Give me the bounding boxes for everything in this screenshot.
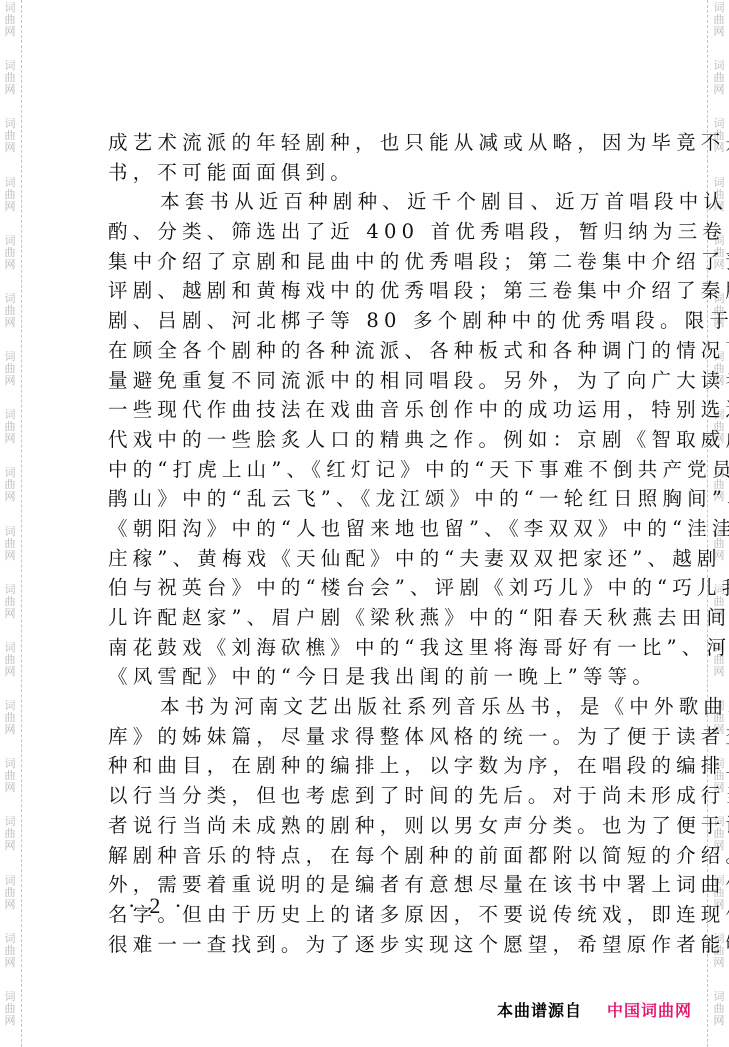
watermark-group: 词曲网	[5, 931, 16, 989]
watermark-char: 词	[714, 177, 725, 189]
watermark-char: 词	[5, 875, 16, 887]
watermark-char: 网	[5, 375, 16, 387]
watermark-group: 词曲网	[5, 756, 16, 814]
text-line: 代戏中的一些脍炙人口的精典之作。例如：京剧《智取威虎山》	[108, 425, 618, 455]
watermark-group: 词曲网	[5, 814, 16, 872]
page-number: ·2·	[128, 893, 196, 919]
watermark-group: 词曲网	[5, 349, 16, 407]
watermark-char: 词	[5, 235, 16, 247]
watermark-char: 曲	[5, 596, 16, 608]
text-line: 中的“打虎上山”、《红灯记》中的“天下事难不倒共产党员”，《杜	[108, 455, 618, 485]
watermark-group: 词曲网	[5, 465, 16, 523]
watermark-char: 网	[5, 550, 16, 562]
watermark-group: 词曲网	[5, 116, 16, 174]
text-line: 成艺术流派的年轻剧种，也只能从减或从略，因为毕竟不是志	[108, 128, 618, 158]
watermark-char: 网	[5, 84, 16, 96]
watermark-char: 网	[5, 899, 16, 911]
watermark-char: 网	[5, 724, 16, 736]
watermark-char: 网	[714, 666, 725, 678]
text-line: 庄稼”、黄梅戏《天仙配》中的“夫妻双双把家还”、越剧《梁山	[108, 544, 618, 574]
watermark-group: 词曲网	[5, 233, 16, 291]
left-watermark-column: 词曲网词曲网词曲网词曲网词曲网词曲网词曲网词曲网词曲网词曲网词曲网词曲网词曲网词…	[2, 0, 18, 1047]
text-line: 集中介绍了京剧和昆曲中的优秀唱段；第二卷集中介绍了豫剧、	[108, 247, 618, 277]
text-line: 本套书从近百种剧种、近千个剧目、近万首唱段中认真地斟	[108, 187, 618, 217]
watermark-char: 网	[5, 1015, 16, 1027]
watermark-char: 网	[5, 957, 16, 969]
watermark-char: 网	[5, 201, 16, 213]
text-line: 剧、吕剧、河北梆子等 80 多个剧种中的优秀唱段。限于篇幅，	[108, 306, 618, 336]
watermark-char: 网	[714, 957, 725, 969]
text-line: 南花鼓戏《刘海砍樵》中的“我这里将海哥好有一比”、河南曲剧	[108, 633, 618, 663]
watermark-group: 词曲网	[714, 0, 725, 58]
watermark-group: 词曲网	[5, 582, 16, 640]
text-line: 本书为河南文艺出版社系列音乐丛书，是《中外歌曲精品	[108, 692, 618, 722]
watermark-group: 词曲网	[5, 698, 16, 756]
watermark-char: 词	[5, 933, 16, 945]
watermark-char: 网	[5, 433, 16, 445]
watermark-char: 网	[5, 840, 16, 852]
text-line: 种和曲目，在剧种的编排上，以字数为序，在唱段的编排上，则	[108, 751, 618, 781]
watermark-char: 曲	[5, 538, 16, 550]
document-body: 成艺术流派的年轻剧种，也只能从减或从略，因为毕竟不是志书，不可能面面俱到。本套书…	[108, 128, 618, 959]
watermark-char: 词	[5, 526, 16, 538]
watermark-group: 词曲网	[5, 989, 16, 1047]
watermark-group: 词曲网	[5, 0, 16, 58]
text-line: 酌、分类、筛选出了近 400 首优秀唱段，暂归纳为三卷：第一卷	[108, 217, 618, 247]
watermark-group: 词曲网	[5, 407, 16, 465]
watermark-group: 词曲网	[5, 58, 16, 116]
watermark-group: 词曲网	[5, 873, 16, 931]
watermark-group: 词曲网	[714, 58, 725, 116]
source-label: 本曲谱源自	[497, 998, 582, 1021]
watermark-char: 曲	[5, 247, 16, 259]
watermark-char: 曲	[5, 887, 16, 899]
watermark-char: 网	[5, 26, 16, 38]
text-line: 儿许配赵家”、眉户剧《梁秋燕》中的“阳春天秋燕去田间”、湖	[108, 603, 618, 633]
watermark-char: 网	[5, 142, 16, 154]
watermark-char: 网	[714, 84, 725, 96]
watermark-char: 词	[5, 177, 16, 189]
watermark-char: 网	[5, 317, 16, 329]
text-line: 以行当分类，但也考虑到了时间的先后。对于尚未形成行当，或	[108, 781, 618, 811]
text-line: 一些现代作曲技法在戏曲音乐创作中的成功运用，特别选进了现	[108, 395, 618, 425]
watermark-char: 网	[714, 1015, 725, 1027]
text-line: 很难一一查找到。为了逐步实现这个愿望，希望原作者能够及时	[108, 930, 618, 960]
watermark-char: 网	[5, 666, 16, 678]
watermark-char: 曲	[5, 189, 16, 201]
watermark-group: 词曲网	[5, 524, 16, 582]
text-line: 解剧种音乐的特点，在每个剧种的前面都附以简短的介绍。另	[108, 841, 618, 871]
text-line: 鹃山》中的“乱云飞”、《龙江颂》中的“一轮红日照胸间”、豫剧	[108, 484, 618, 514]
text-line: 伯与祝英台》中的“楼台会”、评剧《刘巧儿》中的“巧儿我自幼	[108, 573, 618, 603]
text-line: 者说行当尚未成熟的剧种，则以男女声分类。也为了便于读者了	[108, 811, 618, 841]
text-line: 量避免重复不同流派中的相同唱段。另外，为了向广大读者介绍	[108, 366, 618, 396]
watermark-group: 词曲网	[714, 989, 725, 1047]
watermark-char: 网	[5, 491, 16, 503]
source-site-link[interactable]: 中国词曲网	[607, 998, 692, 1021]
watermark-char: 网	[714, 26, 725, 38]
watermark-char: 曲	[5, 945, 16, 957]
watermark-group: 词曲网	[5, 640, 16, 698]
left-margin-dashed-line	[21, 0, 22, 1047]
text-line: 《风雪配》中的“今日是我出闺的前一晚上”等等。	[108, 662, 618, 692]
watermark-char: 网	[5, 608, 16, 620]
text-line: 库》的姊妹篇，尽量求得整体风格的统一。为了便于读者查找剧	[108, 722, 618, 752]
watermark-char: 网	[5, 782, 16, 794]
text-line: 在顾全各个剧种的各种流派、各种板式和各种调门的情况下，尽	[108, 336, 618, 366]
watermark-char: 网	[5, 259, 16, 271]
text-line: 书，不可能面面俱到。	[108, 158, 618, 188]
watermark-group: 词曲网	[5, 175, 16, 233]
watermark-group: 词曲网	[5, 291, 16, 349]
watermark-char: 词	[5, 584, 16, 596]
text-line: 评剧、越剧和黄梅戏中的优秀唱段；第三卷集中介绍了秦腔、川	[108, 276, 618, 306]
text-line: 《朝阳沟》中的“人也留来地也留”、《李双双》中的“洼洼地里好	[108, 514, 618, 544]
